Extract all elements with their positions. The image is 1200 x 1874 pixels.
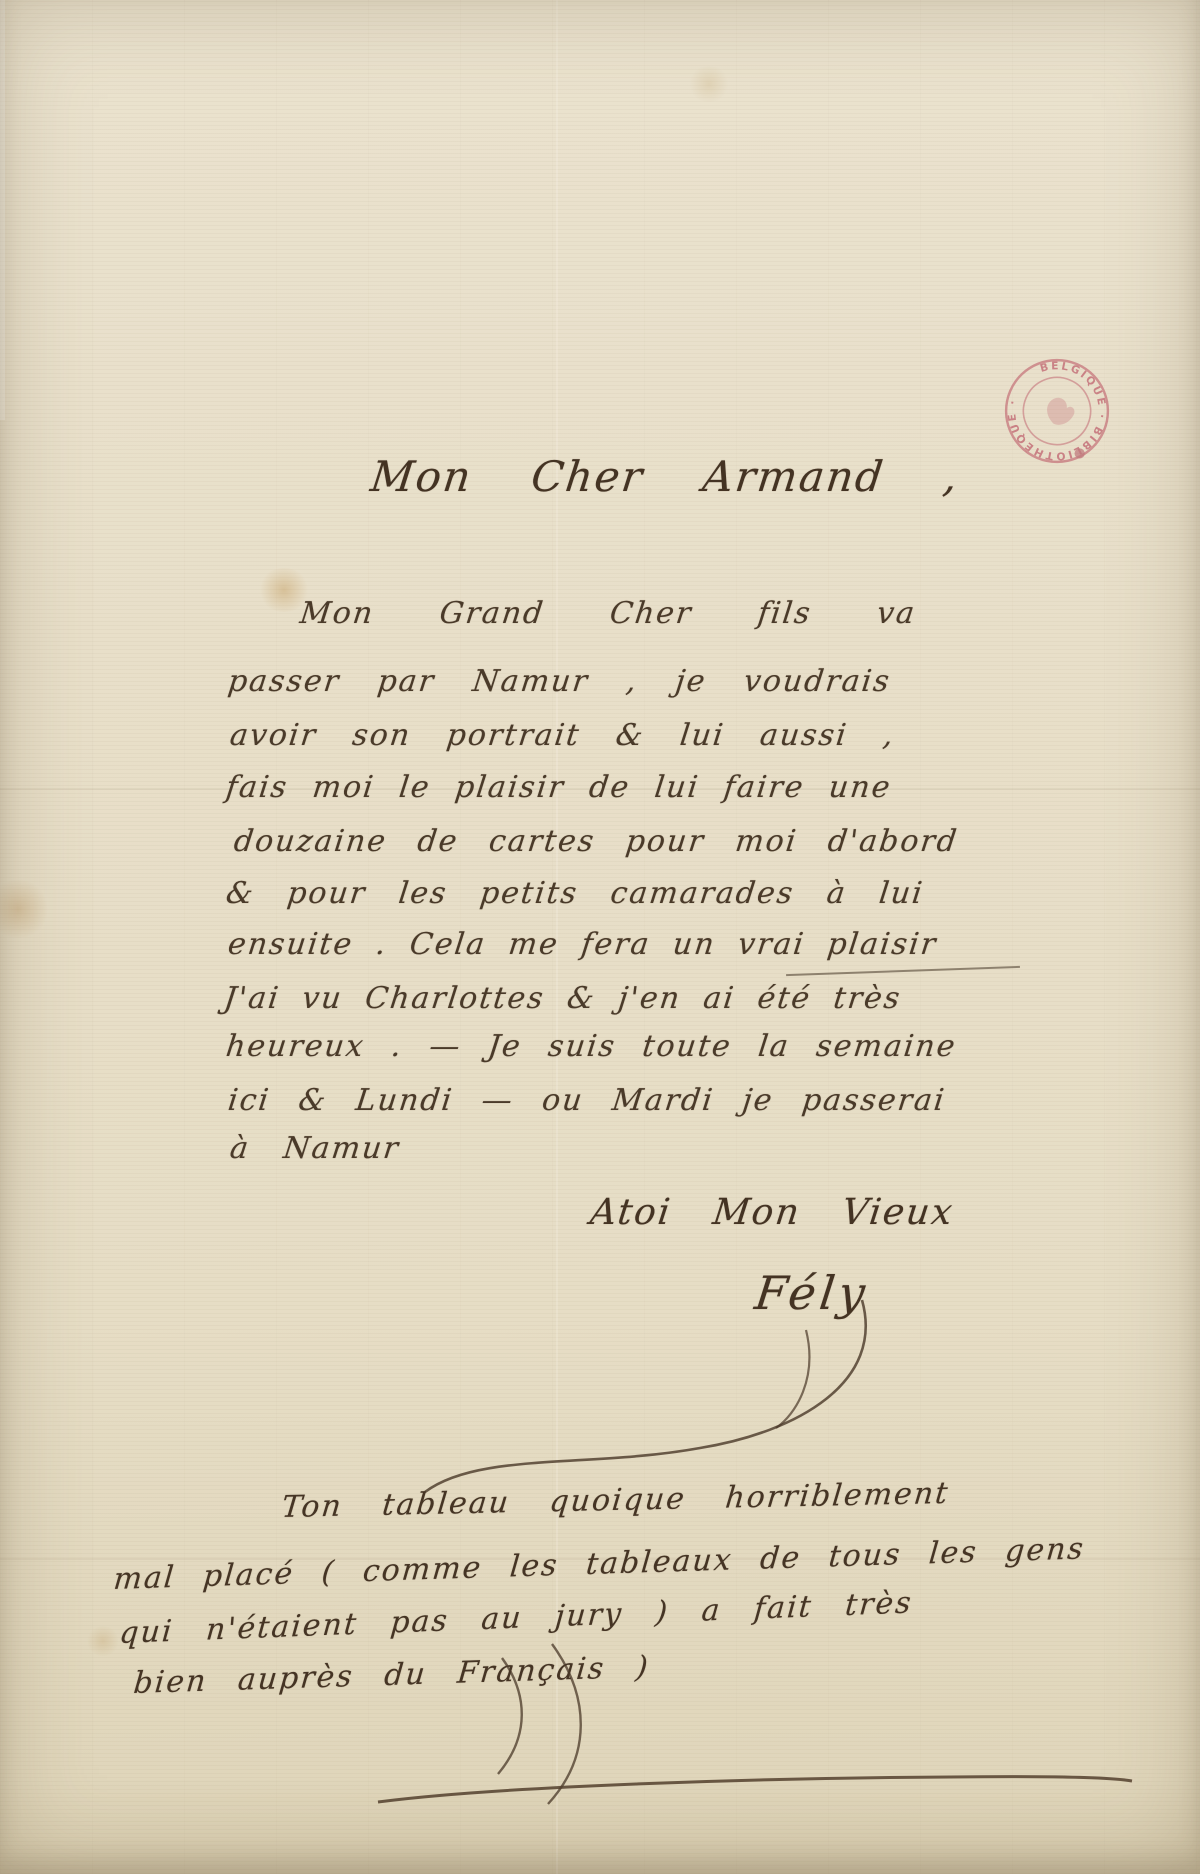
body-line: fais moi le plaisir de lui faire une xyxy=(224,770,894,805)
postscript-line: qui n'étaient pas au jury ) a fait très xyxy=(118,1585,914,1651)
scan-edge-highlight xyxy=(0,0,5,420)
body-line: ici & Lundi — ou Mardi je passerai xyxy=(226,1083,948,1118)
foxing-stain xyxy=(86,1626,120,1656)
body-line: J'ai vu Charlottes & j'en ai été très xyxy=(222,981,903,1016)
body-line: & pour les petits camarades à lui xyxy=(224,876,926,911)
foxing-stain xyxy=(688,66,730,102)
body-line: à Namur xyxy=(228,1131,402,1166)
bottom-ink-rule xyxy=(378,1777,1132,1802)
postscript-line: Ton tableau quoique horriblement xyxy=(280,1476,951,1525)
foxing-stain xyxy=(0,880,50,938)
library-stamp-icon: BELGIQUE · BIBLIOTHÈQUE · xyxy=(983,337,1131,485)
body-line: heureux . — Je suis toute la semaine xyxy=(224,1029,959,1064)
signature-flourish xyxy=(425,1300,866,1492)
postscript-line: mal placé ( comme les tableaux de tous l… xyxy=(112,1531,1087,1597)
signature-descender xyxy=(776,1330,809,1428)
body-line: passer par Namur , je voudrais xyxy=(226,664,893,699)
body-line: Mon Grand Cher fils va xyxy=(298,596,918,631)
underline-vrai-plaisir xyxy=(786,966,1020,976)
salutation-line: Mon Cher Armand , xyxy=(368,452,962,501)
body-line: avoir son portrait & lui aussi , xyxy=(228,718,897,753)
postscript-line: bien auprès du Français ) xyxy=(132,1650,651,1701)
letter-scan-page: BELGIQUE · BIBLIOTHÈQUE · Mon Cher Arman… xyxy=(0,0,1200,1874)
body-line: ensuite . Cela me fera un vrai plaisir xyxy=(226,927,939,962)
closing-line: Atoi Mon Vieux xyxy=(588,1192,956,1233)
stamp-lion-emblem xyxy=(1043,393,1077,428)
body-line: douzaine de cartes pour moi d'abord xyxy=(232,824,960,859)
signature-name: Fély xyxy=(752,1266,872,1320)
